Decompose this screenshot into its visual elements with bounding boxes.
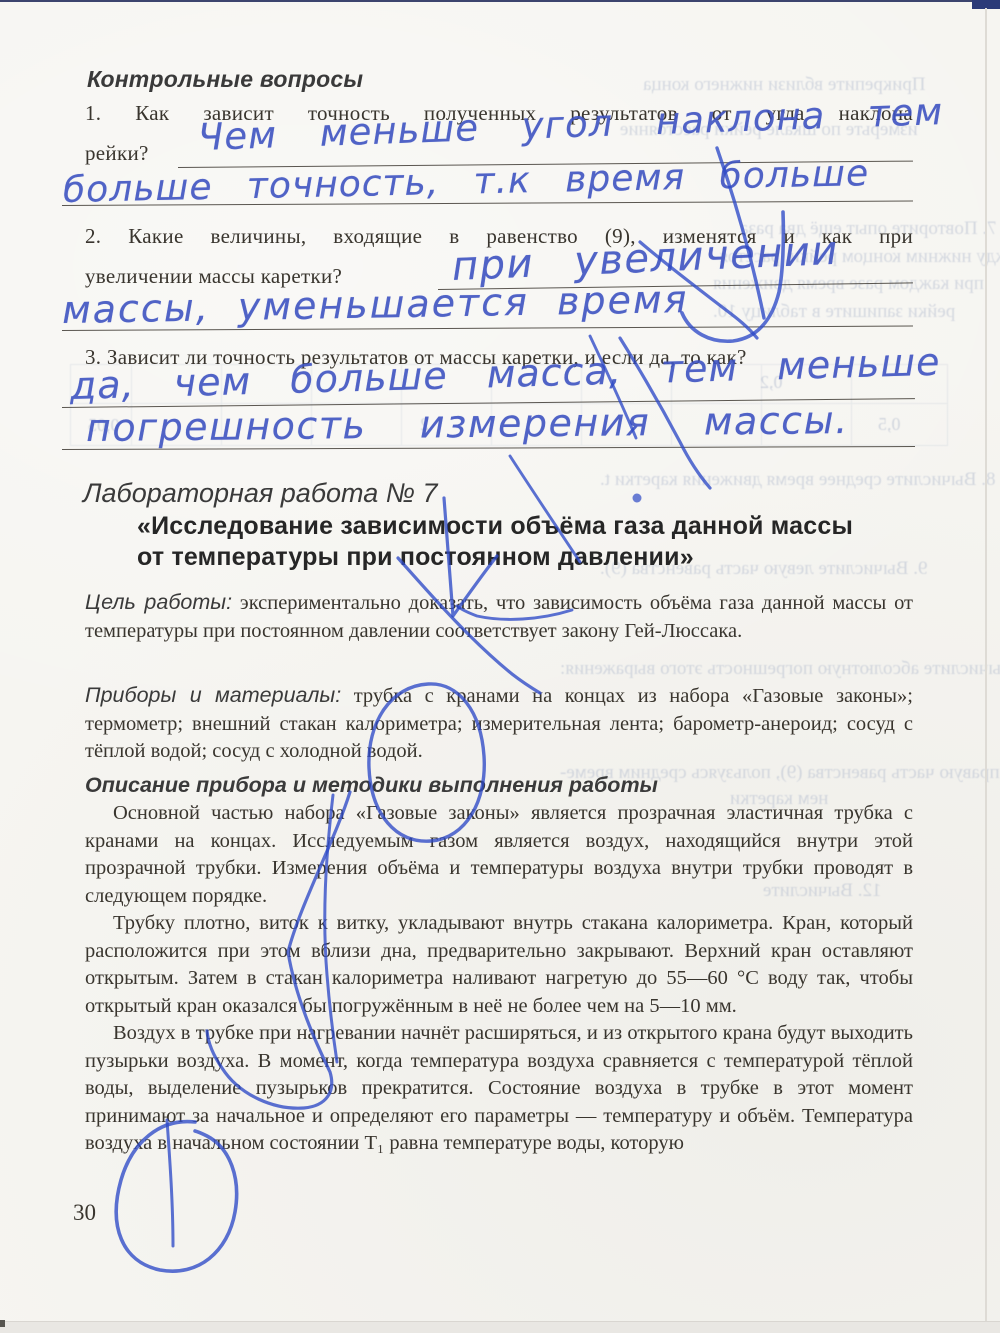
handwritten-answer-1b: больше точность, т.к время больше bbox=[63, 153, 870, 211]
workbook-page: Прикрепите вблизи нижнего конца измерьте… bbox=[0, 0, 1000, 1333]
handwritten-answer-1a: Чем меньше угол наклона тем bbox=[197, 90, 944, 159]
handwriting-layer: Чем меньше угол наклона тем больше точно… bbox=[0, 0, 1000, 1333]
handwritten-answer-3b: погрешность измерения массы. bbox=[86, 398, 849, 450]
handwritten-answer-2b: массы, уменьшается время bbox=[62, 277, 689, 332]
